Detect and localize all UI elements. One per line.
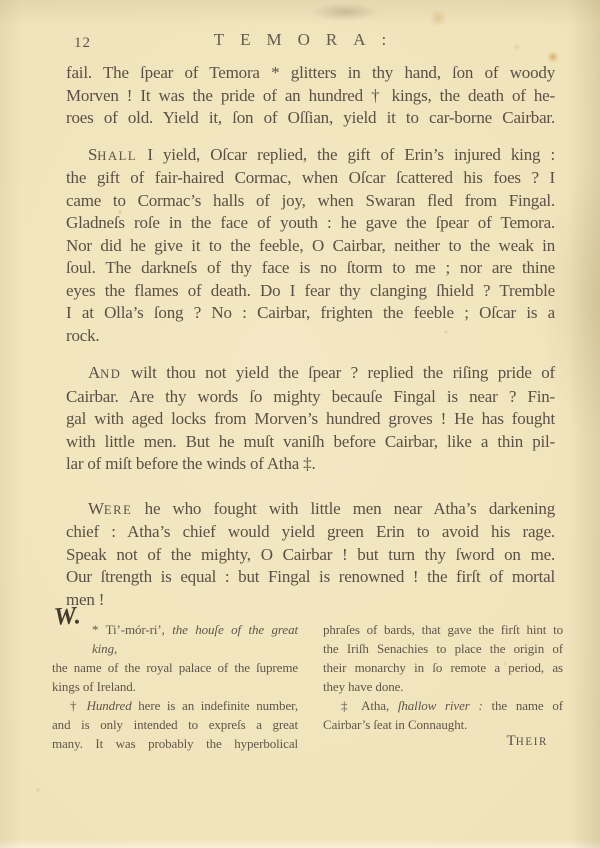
text-segment: kings of Ireland. [52,679,136,694]
text-line: phraſes of bards, that gave the firſt hi… [323,620,563,639]
text-segment: T [507,733,516,749]
text-segment: the Iriſh Senachies to place the origin … [323,641,563,656]
text-segment: the name of [483,698,563,713]
paragraph: AND wilt thou not yield the ſpear ? repl… [66,362,555,476]
footnotes: * Ti’-mór-ri’, the houſe of the great ki… [52,620,563,753]
text-line: the Iriſh Senachies to place the origin … [323,639,563,658]
text-segment: he who fought with little men near Atha’… [132,499,555,518]
text-line: the gift of fair-haired Cormac, when Oſc… [66,167,555,190]
text-line: roes of old. Yield it, ſon of Oſſian, yi… [66,107,555,130]
text-line: ‡ Atha, ſhallow river : the name of [323,696,563,715]
text-line: their monarchy in ſo remote a period, as [323,658,563,677]
text-segment: ‡ Atha, [341,698,398,713]
page-title: TEMORA: [0,30,600,50]
text-segment: the name of the royal palace of the ſupr… [52,660,298,675]
text-line: came to Cormac’s halls of joy, when Swar… [66,190,555,213]
text-segment: lar of miſt before the winds of Atha ‡. [66,454,316,473]
text-segment: HEIR [516,736,548,748]
paragraph: SHALL I yield, Oſcar replied, the gift o… [66,144,555,348]
catchword: THEIR [507,733,548,750]
text-line: Nor did he give it to the feeble, O Cair… [66,235,555,258]
footnote-column-left: * Ti’-mór-ri’, the houſe of the great ki… [52,620,298,753]
text-segment: Our ſtrength is equal : but Fingal is re… [66,567,555,586]
text-line: Speak not of the mighty, O Cairbar ! but… [66,544,555,567]
text-segment: Nor did he give it to the feeble, O Cair… [66,236,555,255]
text-line: Our ſtrength is equal : but Fingal is re… [66,566,555,589]
text-segment: ſhallow river : [398,698,483,713]
text-line: SHALL I yield, Oſcar replied, the gift o… [66,144,555,168]
text-segment: W [88,499,104,518]
text-segment: fail. The ſpear of Temora * glitters in … [66,63,555,82]
text-segment: I at Olla’s ſong ? No : Cairbar, frighte… [66,303,555,322]
text-segment: Hundred [87,698,132,713]
book-page: 12 TEMORA: fail. The ſpear of Temora * g… [0,0,600,848]
text-line: Cairbar’s ſeat in Connaught. [323,715,563,734]
text-line: Cairbar. Are thy words ſo mighty becauſe… [66,386,555,409]
text-segment: many. It was probably the hyperbolical [52,736,298,751]
text-line: THEIR [507,733,548,750]
text-line: I at Olla’s ſong ? No : Cairbar, frighte… [66,302,555,325]
text-line: many. It was probably the hyperbolical [52,734,298,753]
text-segment: S [88,145,97,164]
text-line: lar of miſt before the winds of Atha ‡. [66,453,555,476]
text-segment: HALL [97,149,137,163]
text-segment: Cairbar. Are thy words ſo mighty becauſe… [66,387,555,406]
text-line: * Ti’-mór-ri’, the houſe of the great ki… [52,620,298,658]
text-line: gal with aged locks from Morven’s hundre… [66,408,555,431]
text-segment: roes of old. Yield it, ſon of Oſſian, yi… [66,108,555,127]
text-segment: with little men. But he muſt vaniſh befo… [66,432,555,451]
text-line: men ! [66,589,555,612]
text-segment: A [88,363,100,382]
text-segment: here is an indefinite number, [132,698,298,713]
text-segment: † [70,698,87,713]
text-segment: Speak not of the mighty, O Cairbar ! but… [66,545,555,564]
text-line: they have done. [323,677,563,696]
text-segment: and is only intended to expreſs a great [52,717,298,732]
text-line: AND wilt thou not yield the ſpear ? repl… [66,362,555,386]
text-segment: came to Cormac’s halls of joy, when Swar… [66,191,555,210]
text-line: Morven ! It was the pride of an hundred … [66,85,555,108]
text-segment: eyes the flames of death. Do I fear thy … [66,281,555,300]
text-line: ſoul. The darkneſs of thy face is no ſto… [66,257,555,280]
text-line: the name of the royal palace of the ſupr… [52,658,298,677]
text-segment: wilt thou not yield the ſpear ? replied … [121,363,555,382]
text-segment: the gift of fair-haired Cormac, when Oſc… [66,168,555,187]
text-line: rock. [66,325,555,348]
paragraph: fail. The ſpear of Temora * glitters in … [66,62,555,130]
text-segment: their monarchy in ſo remote a period, as [323,660,563,675]
text-segment: * Ti’-mór-ri’, [92,622,172,637]
paragraph: WERE he who fought with little men near … [66,498,555,612]
text-segment: chief : Atha’s chief would yield green E… [66,522,555,541]
text-segment: ND [100,367,121,381]
body-text: fail. The ſpear of Temora * glitters in … [66,62,555,611]
text-segment: rock. [66,326,99,345]
text-line: † Hundred here is an indefinite number, [52,696,298,715]
text-line: eyes the flames of death. Do I fear thy … [66,280,555,303]
text-line: WERE he who fought with little men near … [66,498,555,522]
text-segment: phraſes of bards, that gave the firſt hi… [323,622,563,637]
text-segment: they have done. [323,679,403,694]
text-line: fail. The ſpear of Temora * glitters in … [66,62,555,85]
text-segment: Morven ! It was the pride of an hundred … [66,86,555,105]
text-line: with little men. But he muſt vaniſh befo… [66,431,555,454]
text-segment: ERE [104,503,133,517]
text-segment: I yield, Oſcar replied, the gift of Erin… [137,145,555,164]
text-segment: Cairbar’s ſeat in Connaught. [323,717,467,732]
text-line: and is only intended to expreſs a great [52,715,298,734]
text-line: chief : Atha’s chief would yield green E… [66,521,555,544]
text-segment: Gladneſs roſe in the face of youth : he … [66,213,555,232]
text-segment: gal with aged locks from Morven’s hundre… [66,409,555,428]
text-line: kings of Ireland. [52,677,298,696]
text-line: Gladneſs roſe in the face of youth : he … [66,212,555,235]
text-segment: ſoul. The darkneſs of thy face is no ſto… [66,258,555,277]
